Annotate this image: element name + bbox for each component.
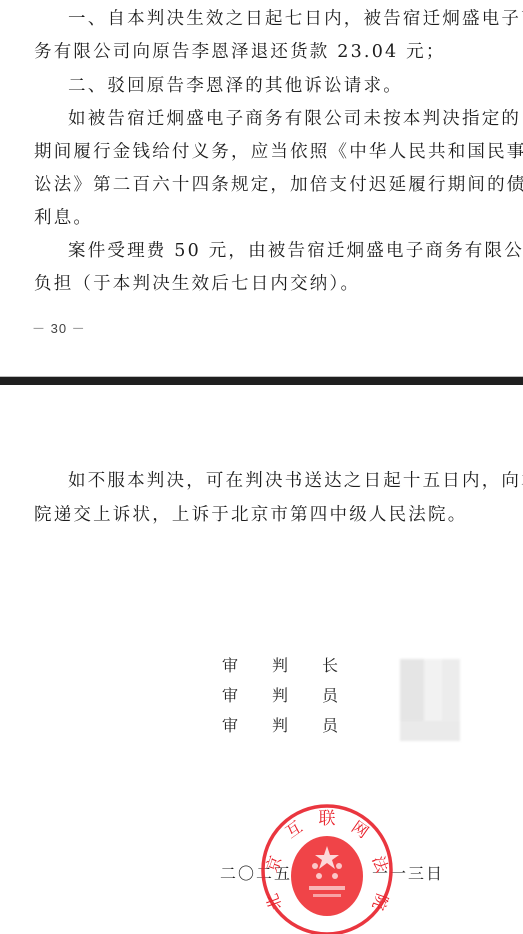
enforcement-para-line-3: 讼法》第二百六十四条规定，加倍支付迟延履行期间的债务 <box>34 174 474 196</box>
appeal-para-line-1: 如不服本判决，可在判决书送达之日起十五日内，向本 <box>68 470 508 492</box>
fee-para-line-2: 负担（于本判决生效后七日内交纳）。 <box>34 273 474 295</box>
sig-char: 审 <box>222 656 238 676</box>
sig-char: 审 <box>222 686 238 706</box>
enforcement-para-line-2: 期间履行金钱给付义务，应当依照《中华人民共和国民事诉 <box>34 141 474 163</box>
svg-text:京: 京 <box>262 853 285 875</box>
enforcement-para-line-1: 如被告宿迁炯盛电子商务有限公司未按本判决指定的 <box>68 108 508 130</box>
page-number: － 30 － <box>32 318 86 337</box>
page-separator <box>0 376 523 385</box>
svg-text:院: 院 <box>369 891 392 913</box>
svg-text:联: 联 <box>319 809 336 829</box>
svg-text:法: 法 <box>369 853 393 875</box>
sig-char: 员 <box>322 716 338 736</box>
enforcement-para-line-4: 利息。 <box>34 207 474 229</box>
judgment-item-1-line-2: 务有限公司向原告李恩泽退还货款 23.04 元； <box>34 41 474 63</box>
judgment-item-2: 二、驳回原告李恩泽的其他诉讼请求。 <box>68 75 508 97</box>
judgment-item-1-line-1: 一、自本判决生效之日起七日内，被告宿迁炯盛电子商 <box>68 8 508 30</box>
sig-char: 审 <box>222 716 238 736</box>
sig-char: 判 <box>272 656 288 676</box>
court-seal-icon: 联 互 网 京 法 北 院 <box>257 800 397 934</box>
sig-char: 判 <box>272 686 288 706</box>
redacted-names-block <box>400 659 460 741</box>
svg-text:北: 北 <box>262 891 285 913</box>
sig-char: 判 <box>272 716 288 736</box>
appeal-para-line-2: 院递交上诉状，上诉于北京市第四中级人民法院。 <box>34 504 474 526</box>
fee-para-line-1: 案件受理费 50 元，由被告宿迁炯盛电子商务有限公司 <box>68 240 508 262</box>
document-page-30: 一、自本判决生效之日起七日内，被告宿迁炯盛电子商 务有限公司向原告李恩泽退还货款… <box>0 0 523 376</box>
sig-char: 长 <box>322 656 338 676</box>
sig-char: 员 <box>322 686 338 706</box>
